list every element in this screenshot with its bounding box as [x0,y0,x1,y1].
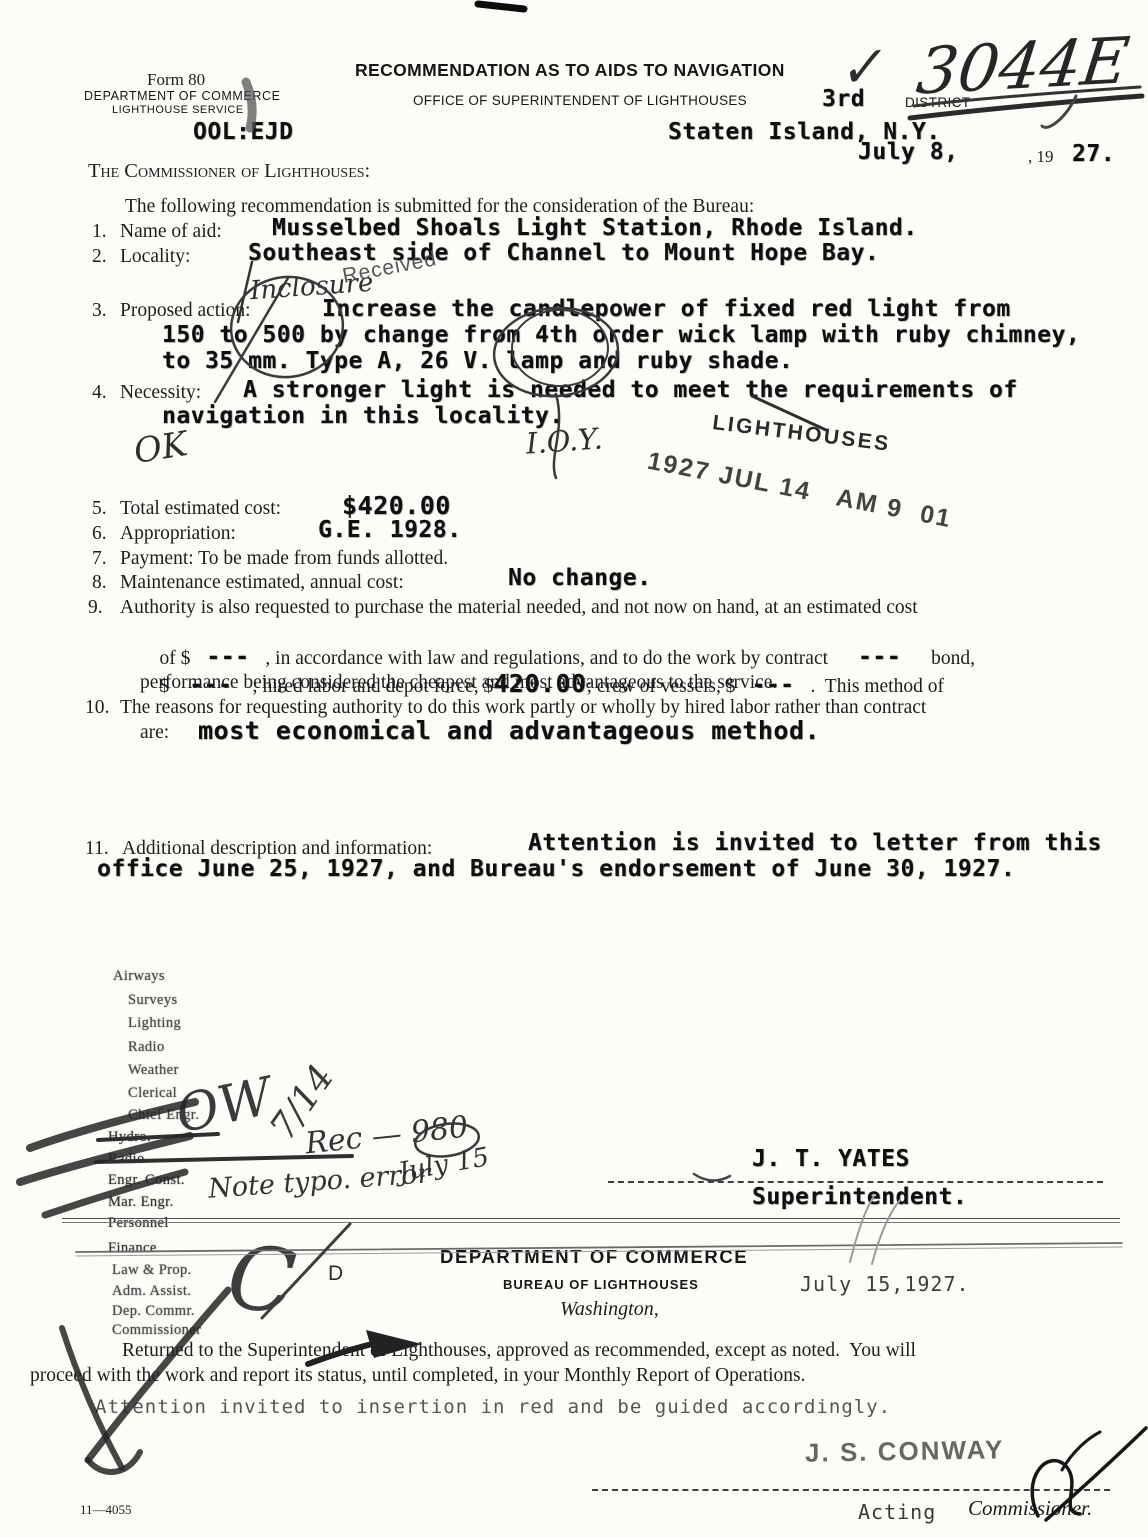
ioy-note: I.O.Y. [525,421,604,460]
year-prefix-printed: , 19 [1028,147,1054,167]
form-number: Form 80 [147,70,205,90]
salutation: The Commissioner of Lighthouses: [88,160,370,183]
routing-item-weather: Weather [128,1062,179,1079]
item-1-value: Musselbed Shoals Light Station, Rhode Is… [272,215,918,241]
section-divider-rule [62,1218,1120,1223]
item-3-line2: 150 to 500 by change from 4th order wick… [162,322,1080,348]
endorsement-dept: DEPARTMENT OF COMMERCE [440,1246,748,1268]
checkmark-annotation: ✓ [835,34,887,101]
doc-number-handwritten: 3044E [913,25,1133,110]
item-6-value: G.E. 1928. [318,517,461,543]
signature-tick-mark [694,1174,730,1181]
endorsement-para-line1: Returned to the Superintendent of Lighth… [122,1340,916,1362]
form-code: 11—4055 [80,1502,132,1518]
item-10-number: 10. [85,697,109,719]
routing-item-commissioner: Commissioner [112,1322,201,1339]
item-5-value: $420.00 [342,491,451,520]
document-page: Form 80 DEPARTMENT OF COMMERCE LIGHTHOUS… [0,0,1148,1537]
superintendent-name: J. T. YATES [752,1146,910,1172]
item-5-number: 5. [92,498,107,520]
date-typed: July 8, [858,139,958,165]
item-9-line3-text4: . This method of [811,676,944,697]
item-9-line4: performance being considered the cheapes… [140,672,777,694]
routing-item-lighting: Lighting [128,1015,181,1032]
routing-item-dep-commr: Dep. Commr. [112,1303,195,1320]
file-reference: OOL:EJD [193,119,293,145]
routing-item-finance: Finance [108,1240,157,1257]
item-8-value: No change. [508,565,651,591]
superintendent-signature-line [608,1181,1103,1183]
item-4-line1: A stronger light is needed to meet the r… [243,377,1018,403]
item-11-line2: office June 25, 1927, and Bureau's endor… [97,856,1015,882]
item-6-label: Appropriation: [120,523,236,545]
commissioner-title: Commissioner. [968,1496,1092,1521]
item-7-number: 7. [92,548,107,570]
ok-note: OK [131,424,190,472]
routing-item-mar-engr: Mar. Engr. [108,1194,174,1211]
document-subtitle: OFFICE OF SUPERINTENDENT OF LIGHTHOUSES [413,93,747,108]
item-4-label: Necessity: [120,382,201,404]
endorsement-city: Washington, [560,1298,659,1321]
item-10-value: most economical and advantageous method. [198,716,820,745]
item-1-label: Name of aid: [120,221,222,243]
department-name: DEPARTMENT OF COMMERCE [84,89,281,103]
year-typed: 27. [1072,141,1115,167]
routing-item-airways: Airways [113,968,165,985]
item-2-label: Locality: [120,246,190,268]
item-4-number: 4. [92,382,107,404]
item-7-label: Payment: To be made from funds allotted. [120,548,448,570]
endorsement-date: July 15,1927. [800,1272,970,1296]
routing-item-engr-const: Engr. Const. [108,1172,185,1189]
item-2-number: 2. [92,246,107,268]
letter-c-note: C [223,1225,301,1334]
endorsement-para-line2: proceed with the work and report its sta… [30,1365,806,1387]
routing-item-hydro: Hydro. [108,1129,151,1146]
endorsement-bureau: BUREAU OF LIGHTHOUSES [503,1277,699,1292]
superintendent-title: Superintendent. [752,1184,967,1210]
pencil-check-hook [88,1452,140,1472]
item-3-line1: Increase the candlepower of fixed red li… [322,296,1011,322]
typo-error-note: Note typo. error [207,1158,431,1204]
lighthouses-stamp: LIGHTHOUSES [711,411,892,457]
initials-ow-note: OW [171,1067,277,1146]
item-8-number: 8. [92,572,107,594]
item-6-number: 6. [92,523,107,545]
routing-item-radio-1: Radio [128,1039,165,1056]
routing-item-surveys: Surveys [128,992,178,1009]
routing-item-clerical: Clerical [128,1085,177,1102]
routing-item-law-prop: Law & Prop. [112,1262,192,1279]
letter-d-note: D [328,1262,343,1286]
conway-signature-stamp: J. S. CONWAY [805,1434,1005,1468]
document-title: RECOMMENDATION AS TO AIDS TO NAVIGATION [355,60,785,81]
commissioner-initials-bar [1062,1432,1100,1470]
routing-item-adm-assist: Adm. Assist. [112,1283,191,1300]
item-3-label: Proposed action: [120,300,251,322]
item-9-line1: Authority is also requested to purchase … [120,597,918,619]
commissioner-signature-line [592,1489,1110,1491]
item-3-number: 3. [92,300,107,322]
item-4-line2: navigation in this locality. [162,403,564,429]
attention-typed-line: Attention invited to insertion in red an… [95,1396,891,1418]
item-10-are-label: are: [140,722,169,744]
item-2-value: Southeast side of Channel to Mount Hope … [248,240,879,266]
item-9-number: 9. [88,597,103,619]
item-3-line3: to 35 mm. Type A, 26 V. lamp and ruby sh… [162,348,793,374]
date-received-stamp: 1927 JUL 14 AM 9 01 [645,447,954,535]
item-11-line1: Attention is invited to letter from this [528,830,1102,856]
item-5-label: Total estimated cost: [120,498,281,520]
routing-item-radio-2: Radio [108,1151,145,1168]
service-name: LIGHTHOUSE SERVICE [112,104,244,116]
item-8-label: Maintenance estimated, annual cost: [120,572,404,594]
item-1-number: 1. [92,221,107,243]
scan-artifact-top [478,4,524,9]
acting-typed: Acting [858,1500,936,1524]
